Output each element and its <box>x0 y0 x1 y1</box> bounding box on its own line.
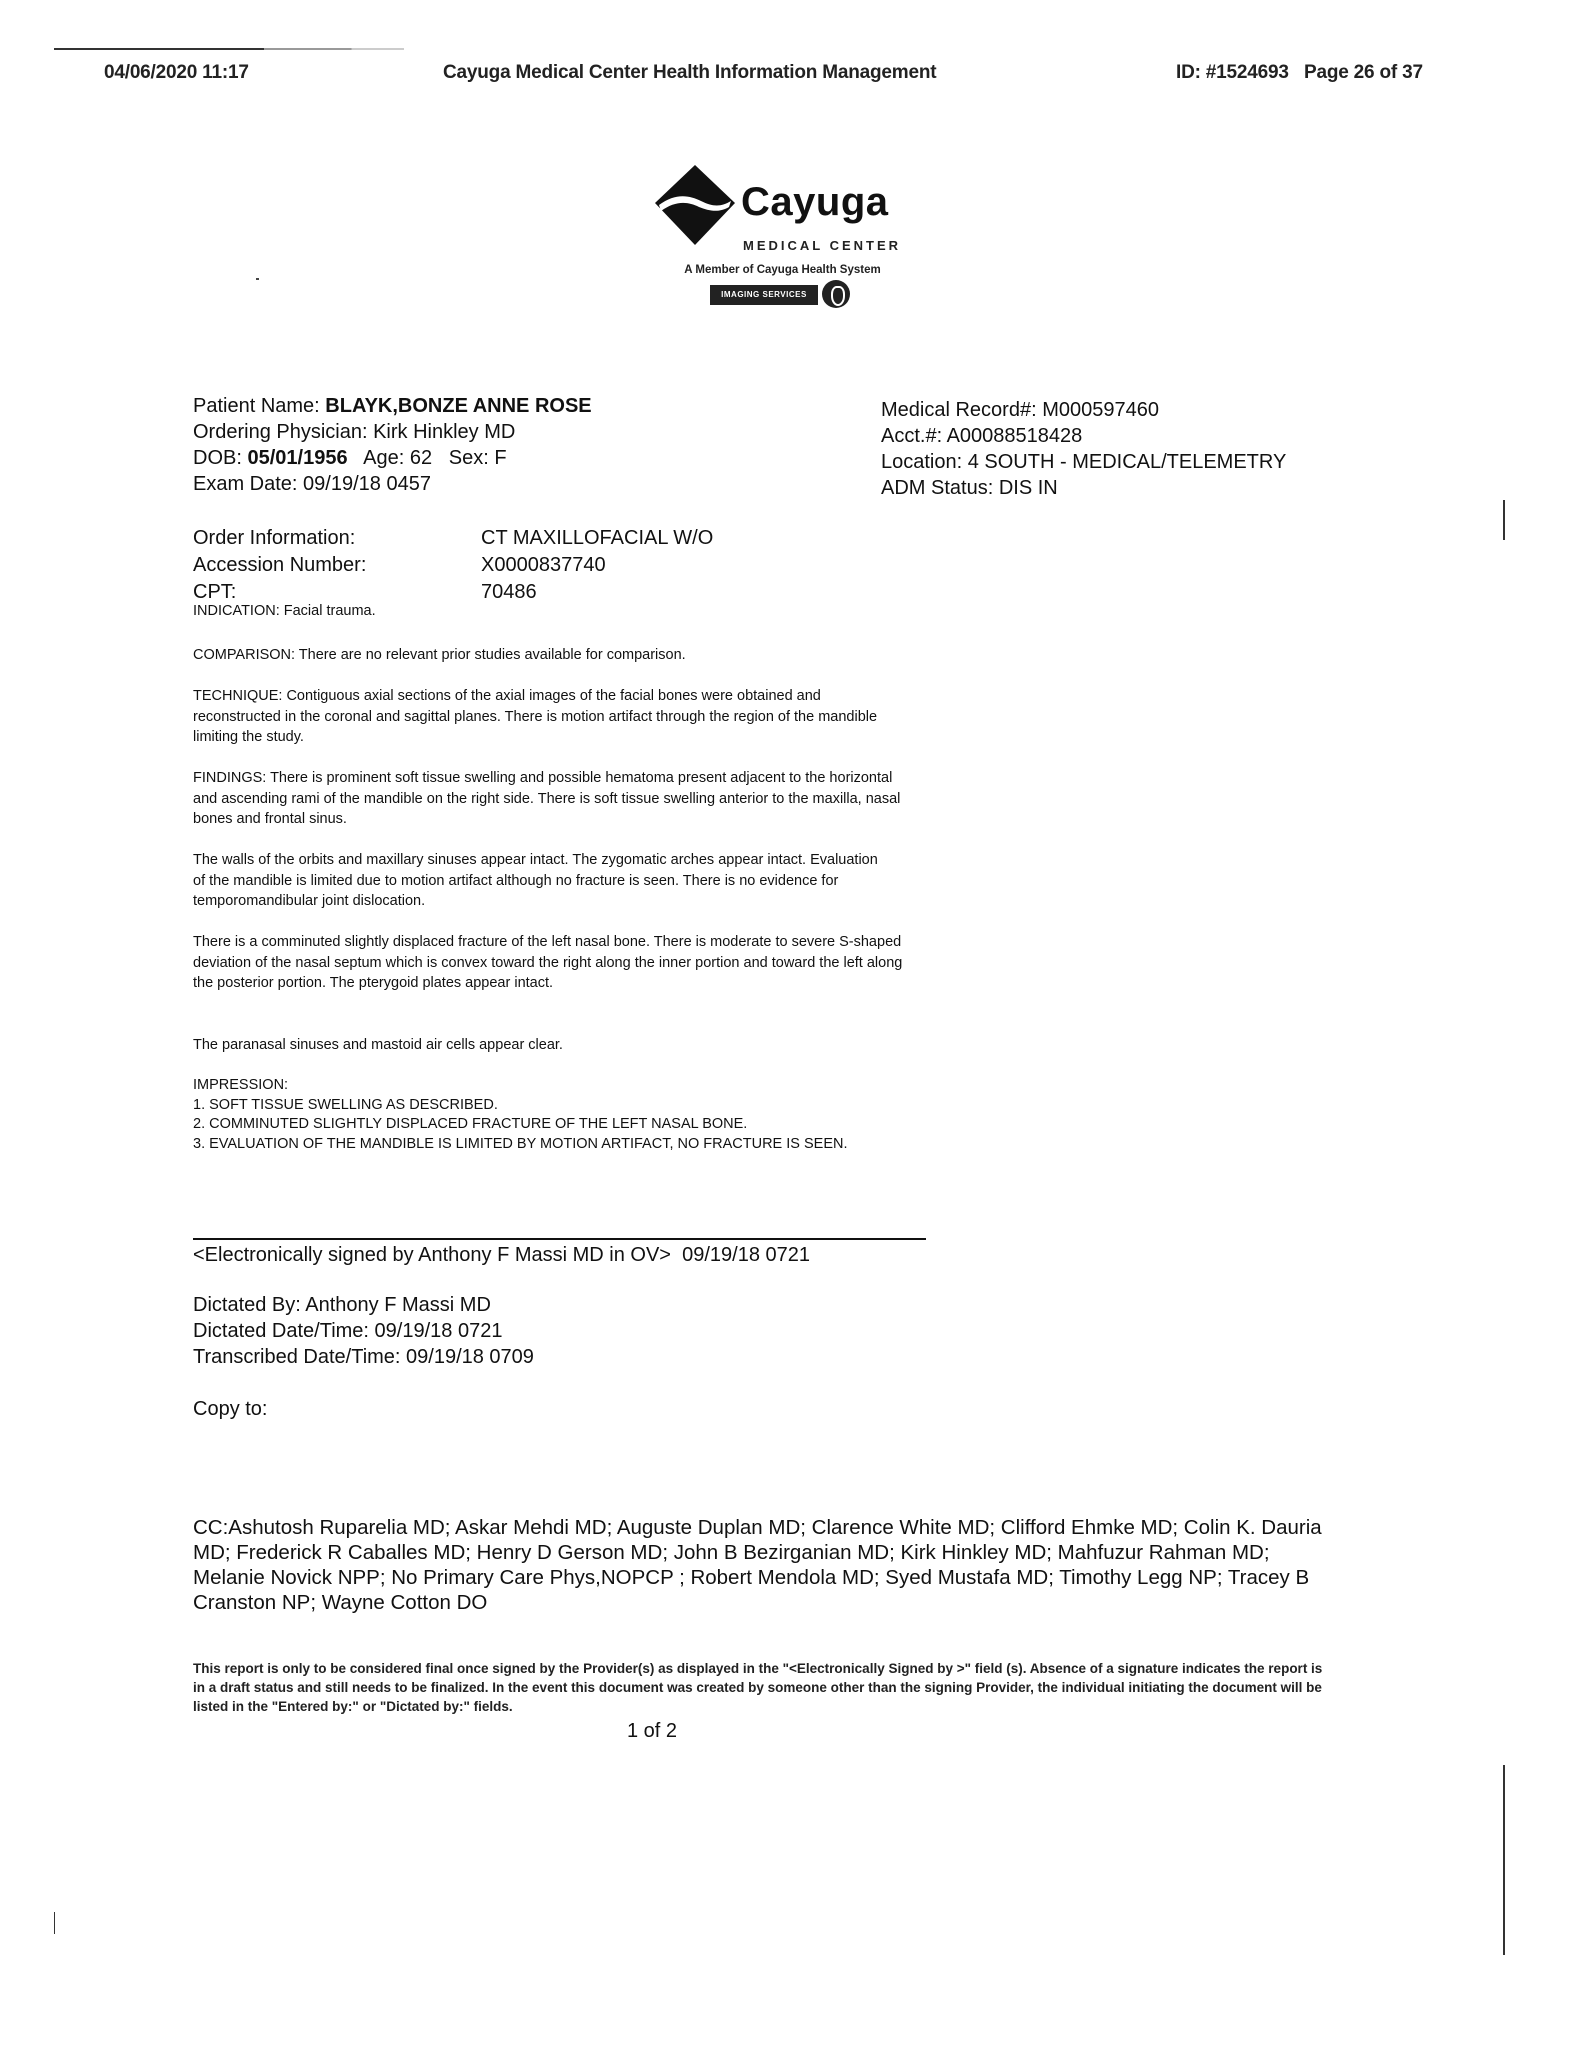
disclaimer: This report is only to be considered fin… <box>193 1659 1323 1716</box>
document-header-title: Cayuga Medical Center Health Information… <box>443 62 936 84</box>
impression-item: 1. SOFT TISSUE SWELLING AS DESCRIBED. <box>193 1096 1093 1116</box>
scan-speck <box>256 278 259 280</box>
dob-row: DOB: 05/01/1956 Age: 62 Sex: F <box>193 445 592 471</box>
cc-list: CC:Ashutosh Ruparelia MD; Askar Mehdi MD… <box>193 1515 1343 1615</box>
scan-artifact-bar <box>54 1912 55 1934</box>
scan-artifact-line <box>54 48 404 50</box>
ordering-physician-row: Ordering Physician: Kirk Hinkley MD <box>193 419 592 445</box>
indication: INDICATION: Facial trauma. <box>193 601 376 621</box>
logo-member-text: A Member of Cayuga Health System <box>655 264 910 276</box>
scan-artifact-bar <box>1503 1765 1505 1955</box>
location-row: Location: 4 SOUTH - MEDICAL/TELEMETRY <box>881 449 1286 475</box>
order-info-values: CT MAXILLOFACIAL W/O X0000837740 70486 <box>481 525 713 606</box>
exam-date-row: Exam Date: 09/19/18 0457 <box>193 471 592 497</box>
signature-line <box>193 1238 926 1240</box>
account-row: Acct.#: A00088518428 <box>881 423 1286 449</box>
electronic-signature: <Electronically signed by Anthony F Mass… <box>193 1242 810 1268</box>
accession-number-value: X0000837740 <box>481 552 713 579</box>
transcribed-datetime: Transcribed Date/Time: 09/19/18 0709 <box>193 1344 534 1370</box>
logo-name: Cayuga <box>741 180 889 225</box>
order-info-labels: Order Information: Accession Number: CPT… <box>193 525 366 606</box>
findings-paragraph: FINDINGS: There is prominent soft tissue… <box>193 768 908 830</box>
fracture-paragraph: There is a comminuted slightly displaced… <box>193 932 903 994</box>
impression-label: IMPRESSION: <box>193 1076 1093 1096</box>
medical-record-row: Medical Record#: M000597460 <box>881 397 1286 423</box>
page-number: 1 of 2 <box>627 1720 677 1743</box>
accession-number-label: Accession Number: <box>193 552 366 579</box>
order-information-value: CT MAXILLOFACIAL W/O <box>481 525 713 552</box>
adm-status-row: ADM Status: DIS IN <box>881 475 1286 501</box>
impression-item: 2. COMMINUTED SLIGHTLY DISPLACED FRACTUR… <box>193 1115 1093 1135</box>
order-information-label: Order Information: <box>193 525 366 552</box>
patient-name-row: Patient Name: BLAYK,BONZE ANNE ROSE <box>193 393 592 419</box>
print-datetime: 04/06/2020 11:17 <box>104 62 249 84</box>
scan-artifact-bar <box>1503 500 1505 540</box>
dictated-by: Dictated By: Anthony F Massi MD <box>193 1292 534 1318</box>
patient-info: Patient Name: BLAYK,BONZE ANNE ROSE Orde… <box>193 393 592 497</box>
technique-paragraph: TECHNIQUE: Contiguous axial sections of … <box>193 686 908 748</box>
diamond-wave-logo-icon <box>655 165 735 245</box>
impression-item: 3. EVALUATION OF THE MANDIBLE IS LIMITED… <box>193 1135 1093 1155</box>
dictated-datetime: Dictated Date/Time: 09/19/18 0721 <box>193 1318 534 1344</box>
record-info: Medical Record#: M000597460 Acct.#: A000… <box>881 397 1286 501</box>
walls-paragraph: The walls of the orbits and maxillary si… <box>193 850 893 912</box>
patient-name: BLAYK,BONZE ANNE ROSE <box>325 395 591 417</box>
cpt-value: 70486 <box>481 579 713 606</box>
impression-section: IMPRESSION: 1. SOFT TISSUE SWELLING AS D… <box>193 1076 1093 1154</box>
comparison-paragraph: COMPARISON: There are no relevant prior … <box>193 645 913 666</box>
logo-subtitle: MEDICAL CENTER <box>743 238 901 253</box>
copy-to-label: Copy to: <box>193 1396 267 1422</box>
dictation-info: Dictated By: Anthony F Massi MD Dictated… <box>193 1292 534 1370</box>
seal-icon <box>822 280 850 308</box>
document-id-page: ID: #1524693 Page 26 of 37 <box>1176 62 1423 84</box>
imaging-services-badge: IMAGING SERVICES <box>710 285 818 305</box>
sinuses-paragraph: The paranasal sinuses and mastoid air ce… <box>193 1035 913 1056</box>
